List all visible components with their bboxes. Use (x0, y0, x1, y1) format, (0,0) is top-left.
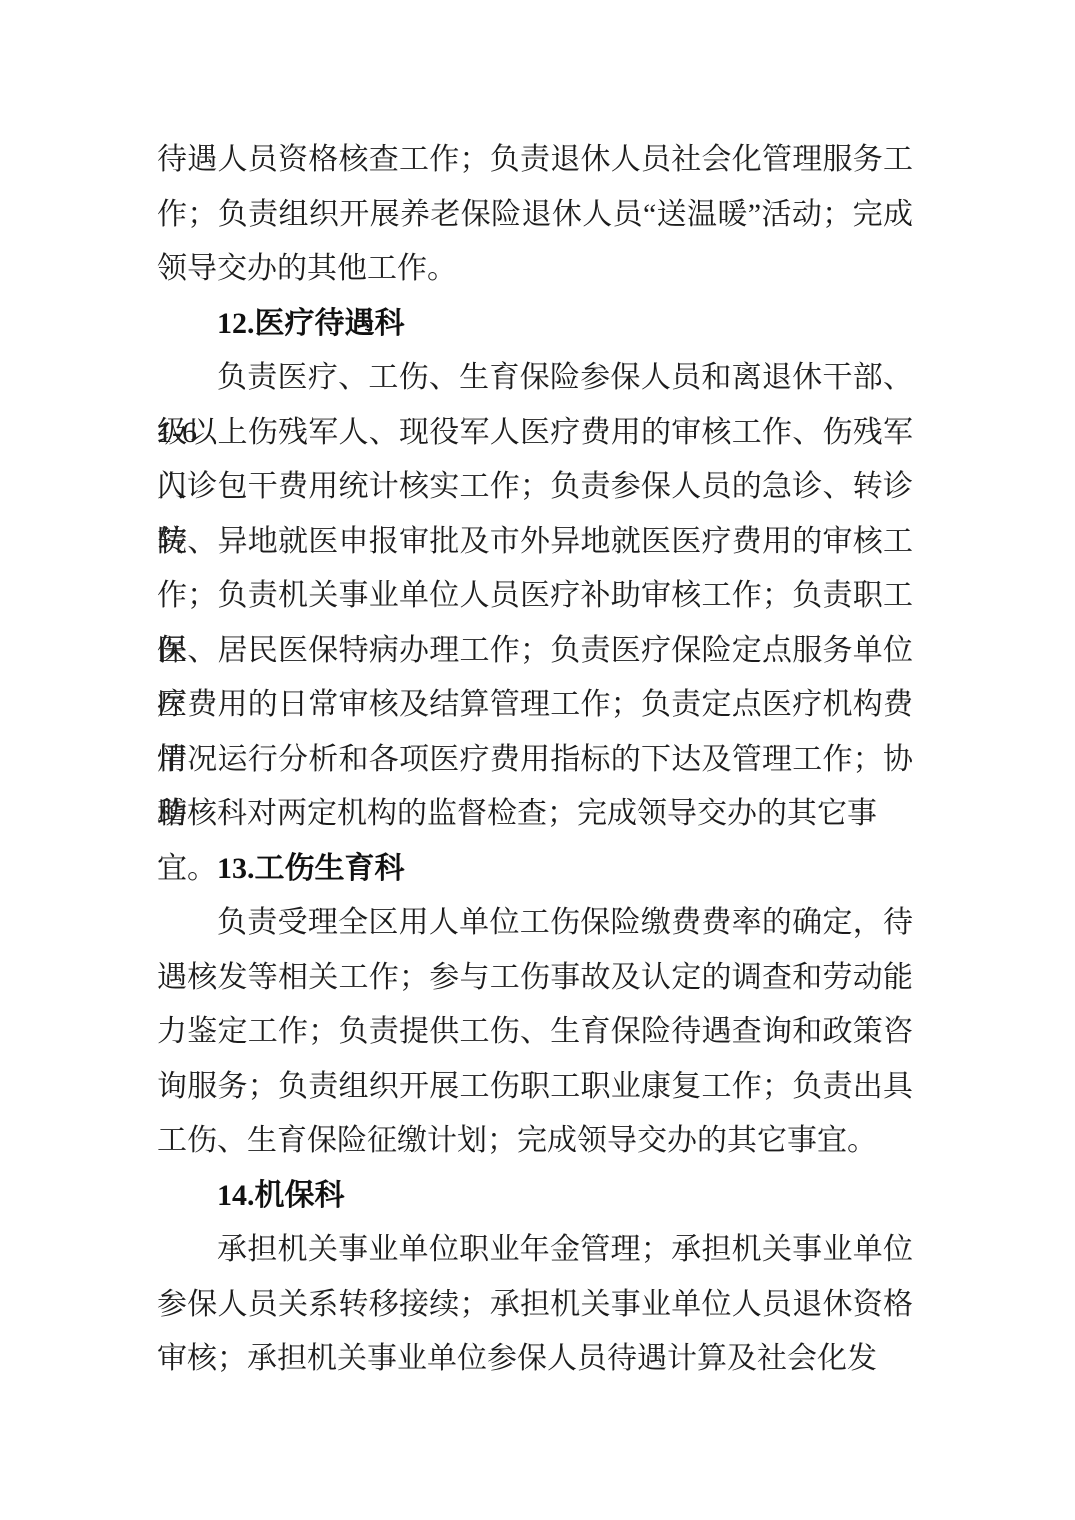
document-text-block: 待遇人员资格核查工作；负责退休人员社会化管理服务工 作；负责组织开展养老保险退休… (157, 133, 913, 1387)
paragraph-line: 负责医疗、工伤、生育保险参保人员和离退休干部、1-6 (157, 351, 913, 406)
paragraph-line: 门诊包干费用统计核实工作；负责参保人员的急诊、转诊转 (157, 460, 913, 515)
paragraph-line: 负责受理全区用人单位工伤保险缴费费率的确定，待 (157, 896, 913, 951)
document-page: 待遇人员资格核查工作；负责退休人员社会化管理服务工 作；负责组织开展养老保险退休… (0, 0, 1075, 1520)
paragraph-line: 承担机关事业单位职业年金管理；承担机关事业单位 (157, 1223, 913, 1278)
paragraph-line: 稽核科对两定机构的监督检查；完成领导交办的其它事宜。 (157, 787, 913, 842)
paragraph-line: 工伤、生育保险征缴计划；完成领导交办的其它事宜。 (157, 1114, 913, 1169)
paragraph-line: 保、居民医保特病办理工作；负责医疗保险定点服务单位医 (157, 624, 913, 679)
paragraph-line: 审核；承担机关事业单位参保人员待遇计算及社会化发 (157, 1332, 913, 1387)
section-heading-14: 14.机保科 (157, 1169, 913, 1224)
section-heading-13: 13.工伤生育科 (157, 842, 913, 897)
paragraph-line: 领导交办的其他工作。 (157, 242, 913, 297)
paragraph-line: 力鉴定工作；负责提供工伤、生育保险待遇查询和政策咨 (157, 1005, 913, 1060)
paragraph-line: 作；负责组织开展养老保险退休人员“送温暖”活动；完成 (157, 188, 913, 243)
paragraph-line: 级以上伤残军人、现役军人医疗费用的审核工作、伤残军人 (157, 406, 913, 461)
paragraph-line: 参保人员关系转移接续；承担机关事业单位人员退休资格 (157, 1278, 913, 1333)
paragraph-line: 院、异地就医申报审批及市外异地就医医疗费用的审核工 (157, 515, 913, 570)
paragraph-line: 作；负责机关事业单位人员医疗补助审核工作；负责职工医 (157, 569, 913, 624)
paragraph-line: 待遇人员资格核查工作；负责退休人员社会化管理服务工 (157, 133, 913, 188)
paragraph-line: 遇核发等相关工作；参与工伤事故及认定的调查和劳动能 (157, 951, 913, 1006)
section-heading-12: 12.医疗待遇科 (157, 297, 913, 352)
paragraph-line: 情况运行分析和各项医疗费用指标的下达及管理工作；协助 (157, 733, 913, 788)
paragraph-line: 询服务；负责组织开展工伤职工职业康复工作；负责出具 (157, 1060, 913, 1115)
paragraph-line: 疗费用的日常审核及结算管理工作；负责定点医疗机构费用 (157, 678, 913, 733)
